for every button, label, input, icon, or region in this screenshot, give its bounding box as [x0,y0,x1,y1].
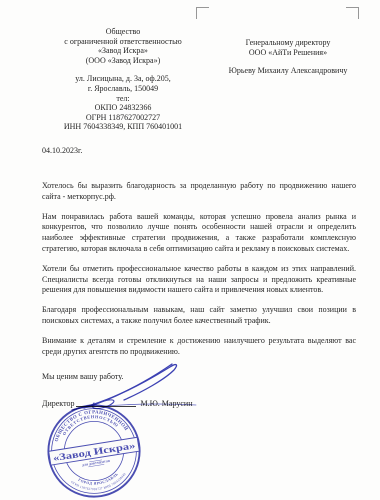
body-paragraph: Нам понравилась работа вашей команды, ко… [42,212,356,255]
sender-phone: тел: [25,94,221,104]
company-stamp: ОБЩЕСТВО С ОГРАНИЧЕННОЙ ОТВЕТСТВЕННОСТЬЮ… [39,396,149,500]
text-frame-corner-icon [346,7,359,19]
body-paragraph: Внимание к деталям и стремление к достиж… [42,336,356,358]
sender-block: Общество с ограниченной ответственностью… [25,27,221,132]
letter-body: Хотелось бы выразить благодарность за пр… [42,181,356,392]
text-frame-corner-icon [196,7,209,19]
recipient-line: ООО «АйТи Решения» [212,48,364,58]
sender-address: г. Ярославль, 150049 [25,84,221,94]
letter-page: Общество с ограниченной ответственностью… [0,0,380,500]
sender-line: (ООО «Завод Искра») [25,56,221,66]
sender-address: ул. Лисицына, д. 3а, оф.205, [25,74,221,84]
sender-line: с ограниченной ответственностью [25,37,221,47]
sender-line: «Завод Искра» [25,46,221,56]
letter-date: 04.10.2023г. [42,146,82,155]
sender-inn-kpp: ИНН 7604338349, КПП 760401001 [25,122,221,132]
stamp-sub-center: ДЛЯ ДОКУМЕНТОВ [82,459,111,467]
sender-okpo: ОКПО 24832366 [25,103,221,113]
recipient-block: Генеральному директору ООО «АйТи Решения… [212,38,364,76]
closing-line: Мы ценим вашу работу. [42,372,356,383]
body-paragraph: Хотелось бы выразить благодарность за пр… [42,181,356,203]
body-paragraph: Благодаря профессиональным навыкам, наш … [42,305,356,327]
body-paragraph: Хотели бы отметить профессиональное каче… [42,264,356,296]
signatory-name: М.Ю. Марусин [140,399,192,408]
sender-ogrn: ОГРН 1187627002727 [25,113,221,123]
recipient-line: Генеральному директору [212,38,364,48]
sender-line: Общество [25,27,221,37]
recipient-name: Юрьеву Михаилу Александровичу [212,66,364,76]
